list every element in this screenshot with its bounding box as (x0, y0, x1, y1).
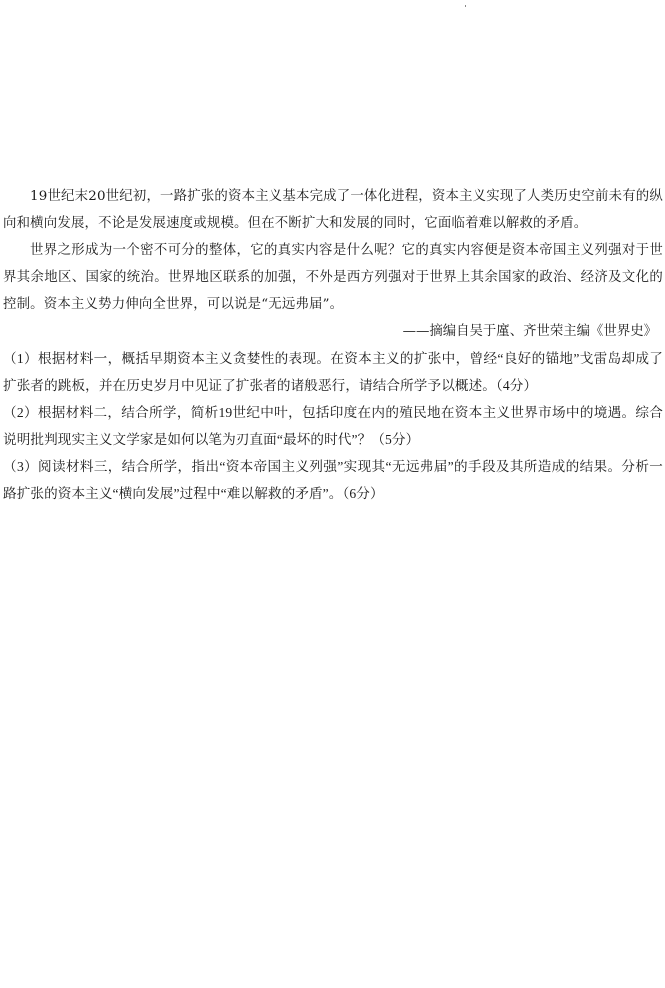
material-source: ——摘编自吴于廑、齐世荣主编《世界史》 (3, 318, 663, 345)
question-1: （1）根据材料一，概括早期资本主义贪婪性的表现。在资本主义的扩张中，曾经“良好的… (3, 345, 663, 399)
question-3: （3）阅读材料三，结合所学，指出“资本帝国主义列强”实现其“无远弗届”的手段及其… (3, 453, 663, 507)
material-paragraph-2: 世界之形成为一个密不可分的整体，它的真实内容是什么呢？它的真实内容便是资本帝国主… (3, 237, 663, 318)
question-2: （2）根据材料二，结合所学，简析19世纪中叶，包括印度在内的殖民地在资本主义世界… (3, 399, 663, 453)
document-body: 19世纪末20世纪初，一路扩张的资本主义基本完成了一体化进程，资本主义实现了人类… (3, 183, 663, 507)
page-mark (465, 5, 466, 7)
material-paragraph-1: 19世纪末20世纪初，一路扩张的资本主义基本完成了一体化进程，资本主义实现了人类… (3, 183, 663, 237)
